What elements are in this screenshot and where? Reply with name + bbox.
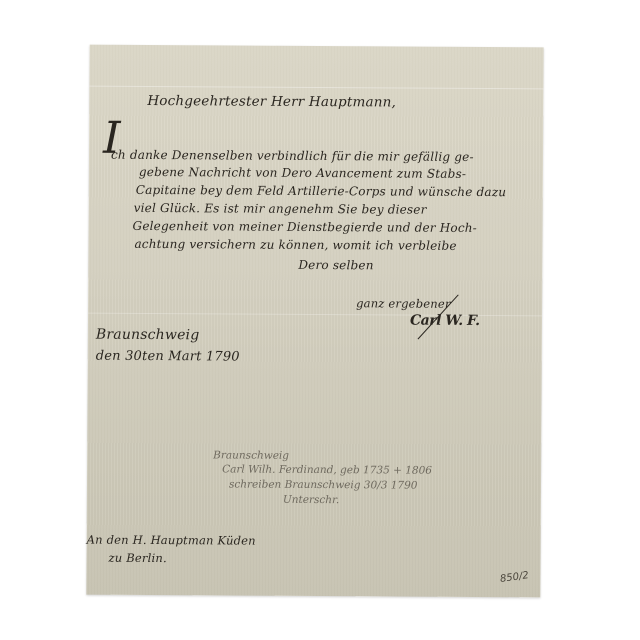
pencil-note-line: schreiben Braunschweig 30/3 1790: [229, 478, 418, 491]
date: den 30ten Mart 1790: [96, 349, 240, 365]
address-line: An den H. Hauptman Küden: [87, 533, 256, 548]
body-line: achtung versichern zu können, womit ich …: [134, 237, 456, 253]
closing: ganz ergebener: [356, 296, 451, 311]
body-line: Capitaine bey dem Feld Artillerie-Corps …: [136, 183, 507, 199]
place: Braunschweig: [96, 327, 200, 344]
fold-line: [89, 86, 543, 90]
salutation: Hochgeehrtester Herr Hauptmann,: [147, 93, 396, 111]
pencil-note-line: Braunschweig: [213, 449, 289, 461]
body-line: gebene Nachricht von Dero Avancement zum…: [139, 165, 466, 181]
pencil-note-line: Unterschr.: [283, 494, 339, 506]
body-line: viel Glück. Es ist mir angenehm Sie bey …: [134, 201, 427, 217]
pencil-note-line: Carl Wilh. Ferdinand, geb 1735 + 1806: [222, 463, 432, 476]
body-line: ch danke Denenselben verbindlich für die…: [111, 148, 474, 164]
address-line: zu Berlin.: [109, 551, 167, 565]
body-line: Gelegenheit von meiner Dienstbegierde un…: [133, 219, 477, 235]
letter-paper: Hochgeehrtester Herr Hauptmann, I ch dan…: [86, 45, 543, 598]
signature: Carl W. F.: [410, 313, 480, 329]
body-line: Dero selben: [298, 258, 373, 272]
